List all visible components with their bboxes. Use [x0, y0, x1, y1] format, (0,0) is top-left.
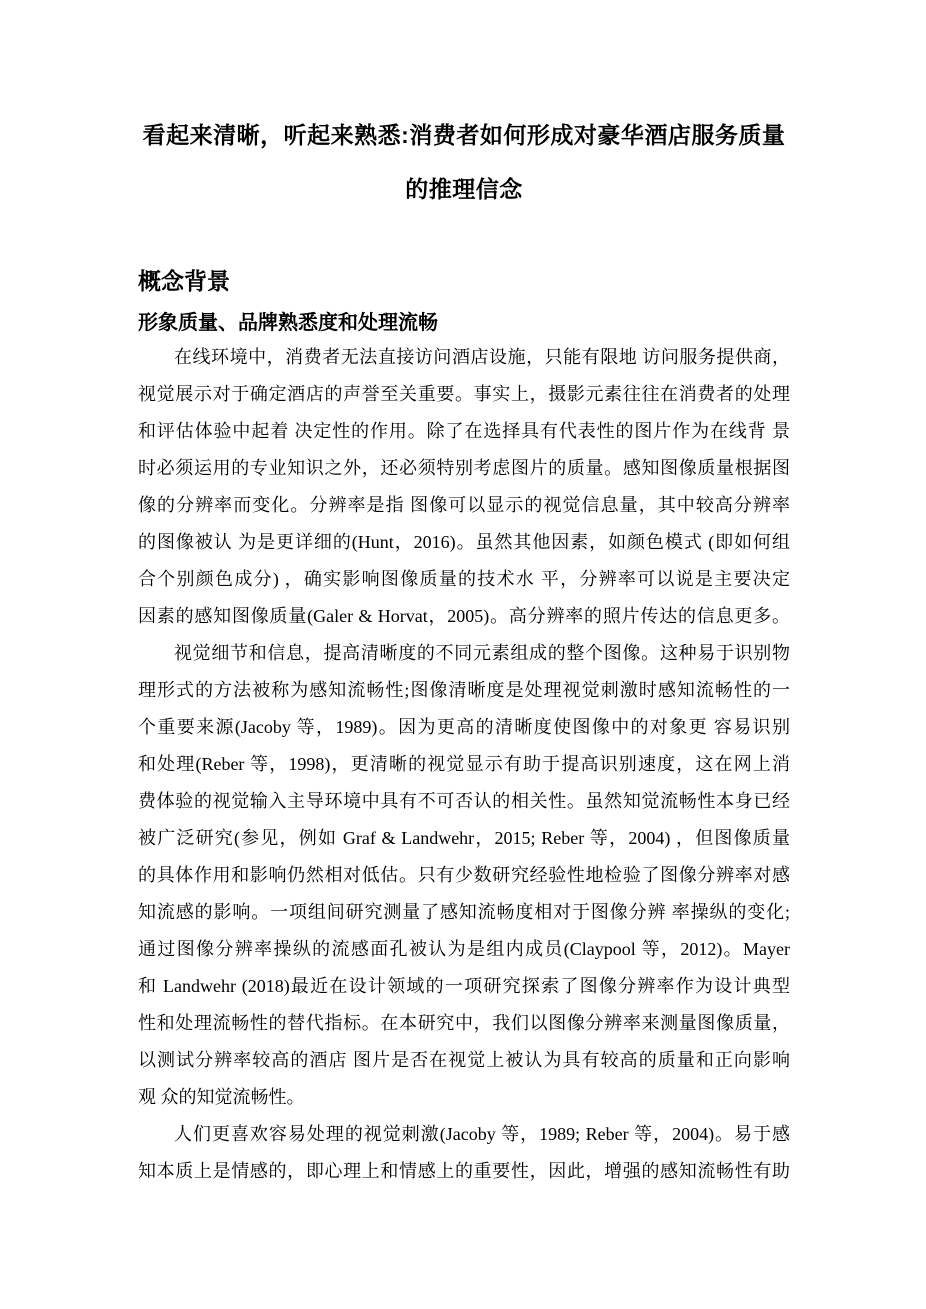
- page-content: 看起来清晰，听起来熟悉:消费者如何形成对豪华酒店服务质量 的推理信念 概念背景 …: [138, 0, 790, 1190]
- paragraph-line: 个重要来源(Jacoby 等，1989)。因为更高的清晰度使图像中的对象更 容易…: [138, 709, 790, 746]
- document-title-line-2: 的推理信念: [138, 162, 790, 216]
- document-page: 看起来清晰，听起来熟悉:消费者如何形成对豪华酒店服务质量 的推理信念 概念背景 …: [0, 0, 926, 1309]
- paragraph-line: 时必须运用的专业知识之外，还必须特别考虑图片的质量。感知图像质量根据图: [138, 450, 790, 487]
- paragraph-line: 知流感的影响。一项组间研究测量了感知流畅度相对于图像分辨 率操纵的变化;: [138, 894, 790, 931]
- body-text: 在线环境中，消费者无法直接访问酒店设施，只能有限地 访问服务提供商，视觉展示对于…: [138, 339, 790, 1190]
- paragraph-line: 和评估体验中起着 决定性的作用。除了在选择具有代表性的图片作为在线背 景: [138, 413, 790, 450]
- paragraph-line: 的图像被认 为是更详细的(Hunt，2016)。虽然其他因素，如颜色模式 (即如…: [138, 524, 790, 561]
- paragraph-line: 因素的感知图像质量(Galer & Horvat，2005)。高分辨率的照片传达…: [138, 598, 790, 635]
- paragraph-line: 知本质上是情感的，即心理上和情感上的重要性，因此，增强的感知流畅性有助: [138, 1153, 790, 1190]
- paragraph-line: 观 众的知觉流畅性。: [138, 1079, 790, 1116]
- paragraph-line: 在线环境中，消费者无法直接访问酒店设施，只能有限地 访问服务提供商，: [138, 339, 790, 376]
- document-title-line-1: 看起来清晰，听起来熟悉:消费者如何形成对豪华酒店服务质量: [138, 108, 790, 162]
- paragraph: 人们更喜欢容易处理的视觉刺激(Jacoby 等，1989; Reber 等，20…: [138, 1116, 790, 1190]
- paragraph-line: 视觉展示对于确定酒店的声誉至关重要。事实上，摄影元素往往在消费者的处理: [138, 376, 790, 413]
- subsection-heading: 形象质量、品牌熟悉度和处理流畅: [138, 309, 790, 337]
- paragraph: 视觉细节和信息，提高清晰度的不同元素组成的整个图像。这种易于识别物理形式的方法被…: [138, 635, 790, 1116]
- paragraph-line: 和处理(Reber 等，1998)，更清晰的视觉显示有助于提高识别速度，这在网上…: [138, 746, 790, 783]
- section-heading: 概念背景: [138, 266, 790, 296]
- paragraph-line: 的具体作用和影响仍然相对低估。只有少数研究经验性地检验了图像分辨率对感: [138, 857, 790, 894]
- paragraph-line: 合个别颜色成分) ，确实影响图像质量的技术水 平，分辨率可以说是主要决定: [138, 561, 790, 598]
- paragraph-line: 通过图像分辨率操纵的流感面孔被认为是组内成员(Claypool 等，2012)。…: [138, 931, 790, 968]
- paragraph-line: 人们更喜欢容易处理的视觉刺激(Jacoby 等，1989; Reber 等，20…: [138, 1116, 790, 1153]
- paragraph-line: 以测试分辨率较高的酒店 图片是否在视觉上被认为具有较高的质量和正向影响: [138, 1042, 790, 1079]
- paragraph-line: 视觉细节和信息，提高清晰度的不同元素组成的整个图像。这种易于识别物: [138, 635, 790, 672]
- paragraph-line: 性和处理流畅性的替代指标。在本研究中，我们以图像分辨率来测量图像质量，: [138, 1005, 790, 1042]
- paragraph-line: 像的分辨率而变化。分辨率是指 图像可以显示的视觉信息量，其中较高分辨率: [138, 487, 790, 524]
- document-title: 看起来清晰，听起来熟悉:消费者如何形成对豪华酒店服务质量 的推理信念: [138, 0, 790, 216]
- paragraph: 在线环境中，消费者无法直接访问酒店设施，只能有限地 访问服务提供商，视觉展示对于…: [138, 339, 790, 635]
- paragraph-line: 被广泛研究(参见，例如 Graf & Landwehr，2015; Reber …: [138, 820, 790, 857]
- paragraph-line: 和 Landwehr (2018)最近在设计领域的一项研究探索了图像分辨率作为设…: [138, 968, 790, 1005]
- paragraph-line: 费体验的视觉输入主导环境中具有不可否认的相关性。虽然知觉流畅性本身已经: [138, 783, 790, 820]
- paragraph-line: 理形式的方法被称为感知流畅性;图像清晰度是处理视觉刺激时感知流畅性的一: [138, 672, 790, 709]
